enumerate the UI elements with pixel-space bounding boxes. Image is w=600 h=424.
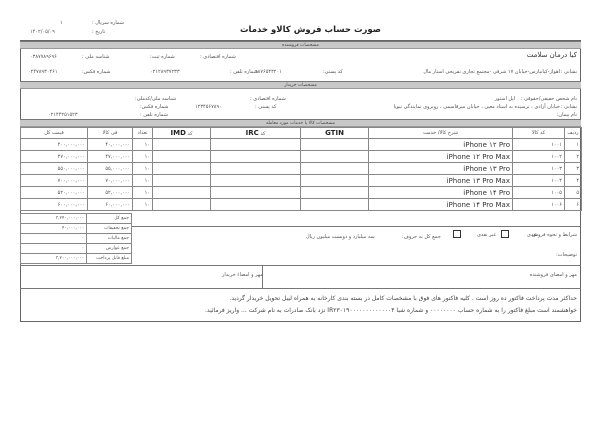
- total-in-words-label: جمع کل به حروف:: [402, 234, 441, 240]
- cell-description: iPhone ۱۳ Pro: [369, 163, 513, 175]
- col-total-price: قیمت کل: [21, 128, 88, 139]
- cell-code: ۱۰۰۵: [513, 187, 565, 199]
- cell-unit-price: ۵۵,۰۰۰,۰۰۰: [88, 163, 133, 175]
- buyer-section-title: مشخصات خریدار: [20, 82, 581, 89]
- cell-description: iPhone ۱۳ Pro Max: [369, 175, 513, 187]
- totals-row-tax: ۰ جمع مالیات: [21, 234, 132, 244]
- cell-qty: ۱۰: [133, 175, 153, 187]
- cell-total-price: ۵۵۰,۰۰۰,۰۰۰: [21, 163, 88, 175]
- cell-description: iPhone ۱۲ Pro: [369, 139, 513, 151]
- invoice-title: صورت حساب فروش کالاو خدمات: [240, 25, 381, 35]
- buyer-economic-no-label: شماره اقتصادی :: [250, 96, 286, 102]
- cell-unit-price: ۵۲,۰۰۰,۰۰۰: [88, 187, 133, 199]
- cell-code: ۱۰۰۳: [513, 163, 565, 175]
- col-unit-price: فی کالا: [88, 128, 133, 139]
- cell-gtin: [301, 187, 369, 199]
- col-row: ردیف: [565, 128, 582, 139]
- seller-section-title: مشخصات فروشنده: [20, 42, 581, 49]
- totals-row-discount: ۴۰,۰۰۰,۰۰۰ جمع تخفیفات: [21, 224, 132, 234]
- cash-checkbox[interactable]: [501, 230, 509, 238]
- cell-qty: ۱۰: [133, 139, 153, 151]
- totals-table: ۳,۲۴۰,۰۰۰,۰۰۰ جمع کل ۴۰,۰۰۰,۰۰۰ جمع تخفی…: [20, 213, 132, 264]
- cell-unit-price: ۴۰,۰۰۰,۰۰۰: [88, 139, 133, 151]
- notes-label: توضیحات:: [556, 252, 577, 258]
- seller-national-id-label: شناسه ملی :: [82, 54, 109, 60]
- cell-code: ۱۰۰۶: [513, 199, 565, 211]
- cell-gtin: [301, 175, 369, 187]
- duties-value: ۰: [21, 244, 87, 254]
- cell-code: ۱۰۰۲: [513, 151, 565, 163]
- items-section-header: مشخصات کالا یا خدمات مورد معامله: [20, 119, 581, 127]
- table-row: ۴۷۰,۰۰۰,۰۰۰ ۴۷,۰۰۰,۰۰۰ ۱۰ iPhone ۱۲ Pro …: [21, 151, 582, 163]
- cell-description: iPhone ۱۲ Pro Max: [369, 151, 513, 163]
- cell-row: ۴: [565, 175, 582, 187]
- seller-national-id-value: ۰۳۸۷۷۸۹۶۹۶: [30, 54, 57, 60]
- cell-imd: [153, 151, 211, 163]
- tax-value: ۰: [21, 234, 87, 244]
- col-description: شرح کالا/ خدمت: [369, 128, 513, 139]
- cell-gtin: [301, 163, 369, 175]
- buyer-contract-label: نام پیمان:: [557, 112, 577, 118]
- seller-phone-label: شماره تلفن :: [230, 69, 258, 75]
- buyer-signature-label: مهر و امضاء خریدار: [222, 272, 263, 278]
- cell-row: ۳: [565, 163, 582, 175]
- table-row: ۵۲۰,۰۰۰,۰۰۰ ۵۲,۰۰۰,۰۰۰ ۱۰ iPhone ۱۴ Pro …: [21, 187, 582, 199]
- date-label: تاریخ :: [92, 29, 105, 35]
- seller-address-value: اهواز-کیانپارس-خیابان ۱۷ شرقی -مجتمع تجا…: [423, 69, 560, 75]
- items-table: قیمت کل فی کالا تعداد IMD کد IRC کد GTIN…: [20, 127, 582, 211]
- cell-irc: [211, 151, 301, 163]
- seller-signature-label: مهر و امضای فروشنده: [530, 272, 577, 278]
- col-irc: IRC کد: [211, 128, 301, 139]
- col-gtin-label: GTIN: [325, 129, 344, 137]
- col-code: کد کالا: [513, 128, 565, 139]
- terms-divider: [132, 226, 581, 227]
- cell-unit-price: ۴۷,۰۰۰,۰۰۰: [88, 151, 133, 163]
- total-in-words-value: سه میلیارد و دویست میلیون ریال: [306, 234, 375, 240]
- cell-row: ۱: [565, 139, 582, 151]
- seller-postal-code-label: کد پستی:: [323, 69, 343, 75]
- cell-imd: [153, 163, 211, 175]
- cell-total-price: ۷۰۰,۰۰۰,۰۰۰: [21, 175, 88, 187]
- credit-label: غیر نقدی: [477, 232, 496, 238]
- cell-imd: [153, 175, 211, 187]
- items-section-title: مشخصات کالا یا خدمات مورد معامله: [20, 120, 581, 127]
- table-row: ۶۰۰,۰۰۰,۰۰۰ ۶۰,۰۰۰,۰۰۰ ۱۰ iPhone ۱۴ Pro …: [21, 199, 582, 211]
- cell-total-price: ۶۰۰,۰۰۰,۰۰۰: [21, 199, 88, 211]
- table-row: ۴۰۰,۰۰۰,۰۰۰ ۴۰,۰۰۰,۰۰۰ ۱۰ iPhone ۱۲ Pro …: [21, 139, 582, 151]
- buyer-name-value: اپل استور: [495, 96, 515, 102]
- duties-label: جمع عوارض: [87, 244, 132, 254]
- cell-qty: ۱۰: [133, 163, 153, 175]
- cell-qty: ۱۰: [133, 187, 153, 199]
- cell-irc: [211, 175, 301, 187]
- cell-qty: ۱۰: [133, 151, 153, 163]
- totals-row-payable: ۳,۲۰۰,۰۰۰,۰۰۰ مبلغ قابل پرداخت: [21, 254, 132, 264]
- date-value: ۱۴۰۲/۰۵/۰۹: [30, 29, 55, 35]
- buyer-national-id-label: شناسه ملی/کدملی:: [135, 96, 176, 102]
- seller-postal-code-value: ۹۸۷۶۵۴۳۲۰۱: [255, 69, 282, 75]
- seller-registration-no-label: شماره ثبت:: [150, 54, 175, 60]
- cell-qty: ۱۰: [133, 199, 153, 211]
- cell-imd: [153, 139, 211, 151]
- cell-total-price: ۴۷۰,۰۰۰,۰۰۰: [21, 151, 88, 163]
- seller-name: کیا درمان سلامت: [527, 51, 577, 59]
- totals-row-duties: ۰ جمع عوارض: [21, 244, 132, 254]
- buyer-phone-value: ۰۲۱۴۴۲۵۱۵۲۳: [48, 112, 78, 118]
- footer-line-1: حداکثر مدت پرداخت فاکتور ده روز است . کل…: [229, 295, 577, 302]
- payable-label: مبلغ قابل پرداخت: [87, 254, 132, 264]
- col-irc-prefix: کد: [260, 131, 265, 137]
- cell-gtin: [301, 139, 369, 151]
- cell-gtin: [301, 199, 369, 211]
- cell-unit-price: ۷۰,۰۰۰,۰۰۰: [88, 175, 133, 187]
- buyer-fax-label: شماره فکس:: [140, 104, 168, 110]
- seller-section-header: مشخصات فروشنده: [20, 41, 581, 49]
- buyer-postal-code-value: ۱۲۳۴۵۶۷۸۹۰: [195, 104, 222, 110]
- discount-label: جمع تخفیفات: [87, 224, 132, 234]
- cell-row: ۶: [565, 199, 582, 211]
- cell-irc: [211, 163, 301, 175]
- signature-divider-top: [20, 265, 581, 266]
- tax-label: جمع مالیات: [87, 234, 132, 244]
- sum-label: جمع کل: [87, 214, 132, 224]
- table-row: ۵۵۰,۰۰۰,۰۰۰ ۵۵,۰۰۰,۰۰۰ ۱۰ iPhone ۱۳ Pro …: [21, 163, 582, 175]
- cell-description: iPhone ۱۴ Pro: [369, 187, 513, 199]
- table-row: ۷۰۰,۰۰۰,۰۰۰ ۷۰,۰۰۰,۰۰۰ ۱۰ iPhone ۱۳ Pro …: [21, 175, 582, 187]
- col-imd-label: IMD: [171, 129, 186, 137]
- cell-row: ۵: [565, 187, 582, 199]
- totals-row-sum: ۳,۲۴۰,۰۰۰,۰۰۰ جمع کل: [21, 214, 132, 224]
- serial-label: شماره سریال :: [92, 20, 124, 26]
- buyer-address-label: نشانی :: [561, 104, 577, 110]
- buyer-name-label: نام شخص حقیقی/حقوقی :: [521, 96, 577, 102]
- cell-row: ۲: [565, 151, 582, 163]
- buyer-postal-code-label: کد پستی :: [255, 104, 276, 110]
- discount-value: ۴۰,۰۰۰,۰۰۰: [21, 224, 87, 234]
- cash-label: نقدی: [527, 232, 537, 238]
- buyer-phone-label: شماره تلفن :: [140, 112, 168, 118]
- footer-line-2: خواهشمند است مبلغ فاکتور را به شماره حسا…: [205, 307, 577, 314]
- sum-value: ۳,۲۴۰,۰۰۰,۰۰۰: [21, 214, 87, 224]
- seller-fax-label: شماره فکس:: [82, 69, 110, 75]
- cell-code: ۱۰۰۴: [513, 175, 565, 187]
- col-qty: تعداد: [133, 128, 153, 139]
- seller-address-label: نشانی :: [561, 69, 577, 75]
- cell-unit-price: ۶۰,۰۰۰,۰۰۰: [88, 199, 133, 211]
- cell-description: iPhone ۱۴ Pro Max: [369, 199, 513, 211]
- cell-total-price: ۴۰۰,۰۰۰,۰۰۰: [21, 139, 88, 151]
- cell-irc: [211, 187, 301, 199]
- col-imd-prefix: کد: [187, 131, 192, 137]
- buyer-address-value: خیابان آزادی ، نرسیده به استاد معین ، خی…: [394, 104, 560, 110]
- col-irc-label: IRC: [246, 129, 259, 137]
- sale-terms-label: شرایط و نحوه فروش: [532, 232, 577, 238]
- cell-imd: [153, 199, 211, 211]
- cell-code: ۱۰۰۱: [513, 139, 565, 151]
- cell-irc: [211, 199, 301, 211]
- seller-fax-value: ۰۲۴۷۸۹۳۰۴۶۱: [28, 69, 58, 75]
- seller-phone-value: ۰۲۱۲۸۹۳۷۲۳۳: [150, 69, 180, 75]
- payable-value: ۳,۲۰۰,۰۰۰,۰۰۰: [21, 254, 87, 264]
- items-header-row: قیمت کل فی کالا تعداد IMD کد IRC کد GTIN…: [21, 128, 582, 139]
- serial-value: ۱: [60, 20, 63, 26]
- cell-irc: [211, 139, 301, 151]
- col-imd: IMD کد: [153, 128, 211, 139]
- seller-economic-no-label: شماره اقتصادی :: [200, 54, 236, 60]
- credit-checkbox[interactable]: [453, 230, 461, 238]
- cell-total-price: ۵۲۰,۰۰۰,۰۰۰: [21, 187, 88, 199]
- buyer-section-header: مشخصات خریدار: [20, 81, 581, 89]
- cell-gtin: [301, 151, 369, 163]
- col-gtin: GTIN: [301, 128, 369, 139]
- cell-imd: [153, 187, 211, 199]
- footer-divider: [20, 288, 581, 289]
